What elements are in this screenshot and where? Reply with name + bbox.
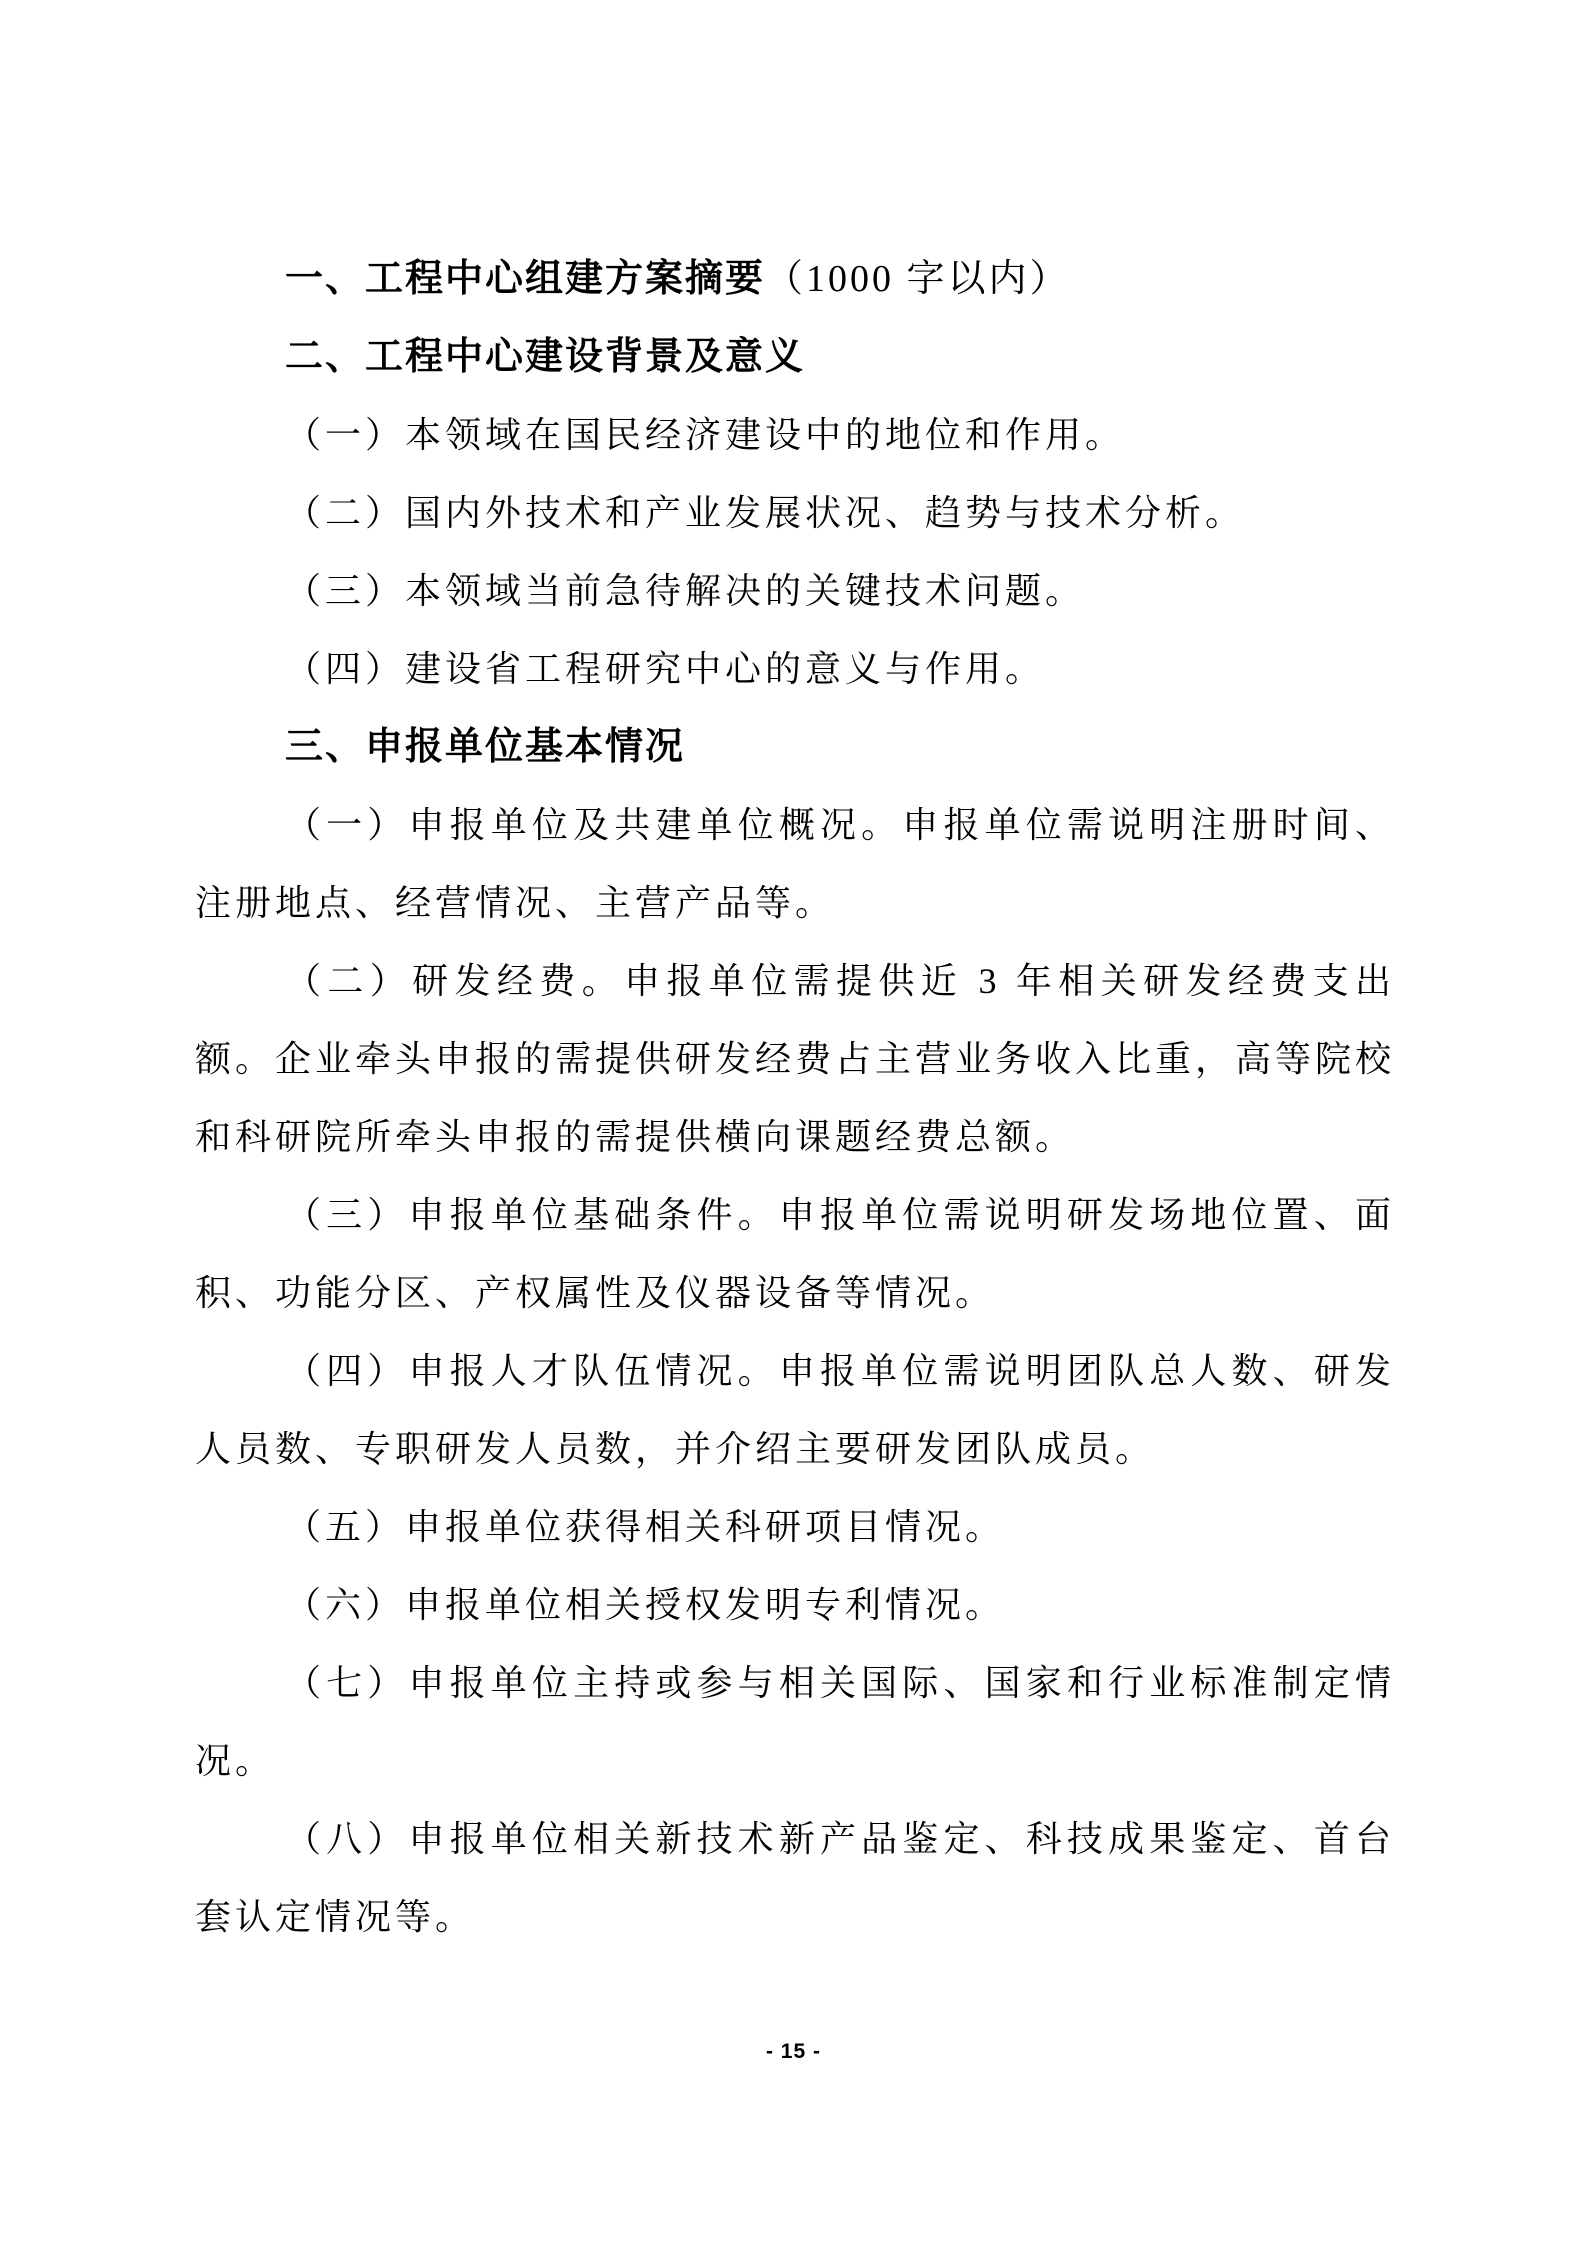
heading-text: 一、工程中心组建方案摘要: [285, 258, 765, 300]
paragraph: （二）研发经费。申报单位需提供近 3 年相关研发经费支出额。企业牵头申报的需提供…: [195, 942, 1395, 1176]
heading-text: 三、申报单位基本情况: [285, 726, 685, 768]
paragraph: （七）申报单位主持或参与相关国际、国家和行业标准制定情况。: [195, 1644, 1395, 1800]
section-heading: 一、工程中心组建方案摘要（1000 字以内）: [195, 240, 1395, 318]
document-page: 一、工程中心组建方案摘要（1000 字以内）二、工程中心建设背景及意义（一）本领…: [0, 0, 1587, 2245]
section-heading: 三、申报单位基本情况: [195, 708, 1395, 786]
section-heading: 二、工程中心建设背景及意义: [195, 318, 1395, 396]
paragraph: （八）申报单位相关新技术新产品鉴定、科技成果鉴定、首台套认定情况等。: [195, 1800, 1395, 1956]
paragraph: （三）本领域当前急待解决的关键技术问题。: [195, 552, 1395, 630]
paragraph: （四）建设省工程研究中心的意义与作用。: [195, 630, 1395, 708]
page-footer: - 15 -: [0, 2040, 1587, 2064]
paragraph: （六）申报单位相关授权发明专利情况。: [195, 1566, 1395, 1644]
paragraph: （二）国内外技术和产业发展状况、趋势与技术分析。: [195, 474, 1395, 552]
paragraph: （三）申报单位基础条件。申报单位需说明研发场地位置、面积、功能分区、产权属性及仪…: [195, 1176, 1395, 1332]
document-body: 一、工程中心组建方案摘要（1000 字以内）二、工程中心建设背景及意义（一）本领…: [195, 240, 1395, 1956]
heading-suffix: （1000 字以内）: [765, 258, 1071, 300]
paragraph: （四）申报人才队伍情况。申报单位需说明团队总人数、研发人员数、专职研发人员数，并…: [195, 1332, 1395, 1488]
page-number: - 15 -: [766, 2040, 821, 2063]
paragraph: （一）本领域在国民经济建设中的地位和作用。: [195, 396, 1395, 474]
paragraph: （五）申报单位获得相关科研项目情况。: [195, 1488, 1395, 1566]
heading-text: 二、工程中心建设背景及意义: [285, 336, 805, 378]
paragraph: （一）申报单位及共建单位概况。申报单位需说明注册时间、注册地点、经营情况、主营产…: [195, 786, 1395, 942]
